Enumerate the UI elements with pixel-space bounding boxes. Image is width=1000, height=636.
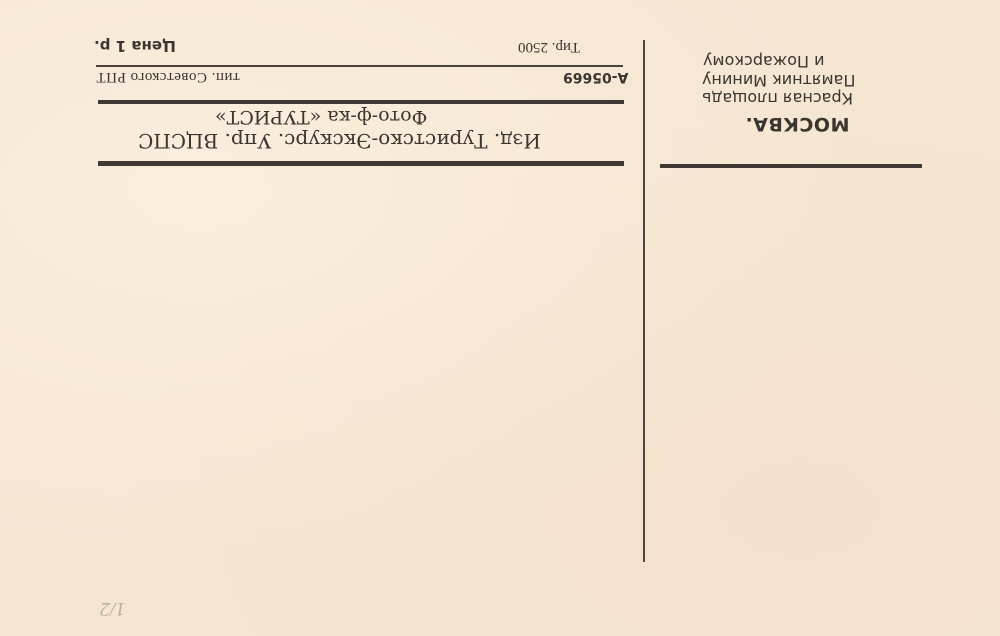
- imprint-top-rule: [96, 65, 623, 67]
- caption-line2: Памятник Минину: [702, 71, 855, 90]
- printer-text: тип. Советского РПТ: [96, 68, 240, 85]
- imprint-code-text: А-05669: [563, 69, 628, 85]
- caption-rule: [660, 164, 922, 168]
- caption-city: МОСКВА.: [745, 113, 849, 135]
- publisher-line1: Изд. Туристско-Экскурс. Упр. ВЦСПС: [138, 129, 541, 153]
- print-run-text: Тир. 2500: [518, 38, 580, 55]
- publisher-bottom-rule: [98, 161, 624, 166]
- caption-line1: Красная площадь: [702, 89, 853, 108]
- publisher-top-rule: [98, 100, 624, 104]
- postcard-back: Тир. 2500 Цена 1 р. А-05669 тип. Советск…: [0, 0, 1000, 636]
- caption-line3: и Пожарскому: [703, 52, 824, 71]
- price-text: Цена 1 р.: [94, 37, 176, 55]
- publisher-line2: Фото-ф-ка «ТУРИСТ»: [215, 106, 427, 128]
- vertical-divider: [643, 40, 645, 562]
- handwritten-note: 1/2: [100, 597, 126, 620]
